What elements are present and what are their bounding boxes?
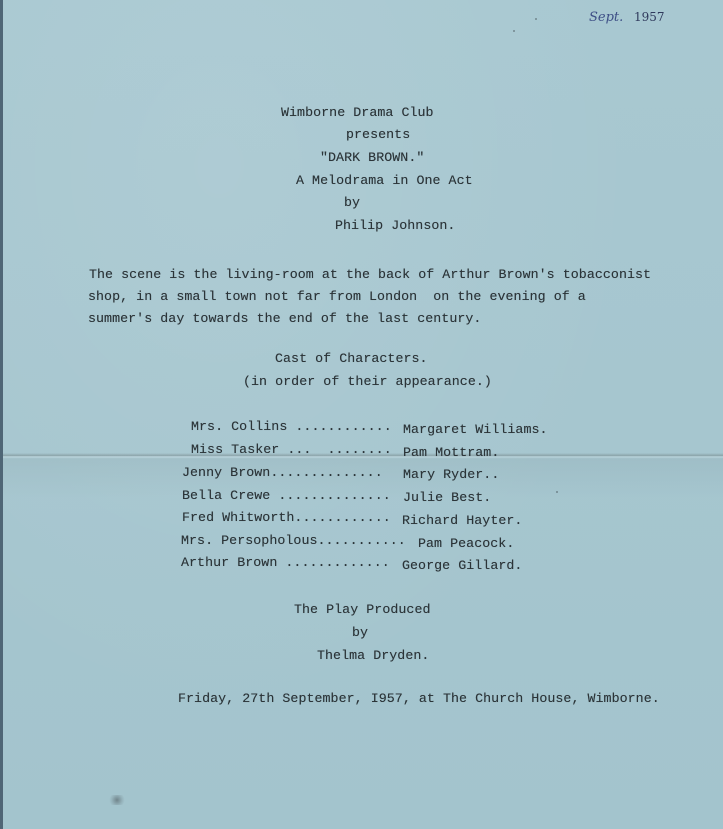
cast-actor: Julie Best. [403, 491, 491, 504]
cast-subheading: (in order of their appearance.) [243, 375, 492, 388]
handwritten-month: Sept. [589, 10, 623, 25]
by-text: by [344, 196, 360, 209]
club-name: Wimborne Drama Club [281, 106, 434, 119]
cast-character: Mrs. Collins ............ [191, 420, 392, 433]
play-subtitle: A Melodrama in One Act [296, 174, 473, 187]
scene-line-2: shop, in a small town not far from Londo… [88, 290, 586, 303]
cast-character: Jenny Brown.............. [182, 466, 383, 479]
produced-by-text: by [352, 626, 368, 639]
cast-actor: Richard Hayter. [402, 514, 522, 527]
cast-actor: Pam Peacock. [418, 537, 514, 550]
author-name: Philip Johnson. [335, 219, 455, 232]
play-title: "DARK BROWN." [320, 151, 424, 164]
cast-character: Mrs. Persopholous........... [181, 534, 406, 547]
cast-actor: Pam Mottram. [403, 446, 499, 459]
cast-character: Miss Tasker ... ........ [191, 443, 392, 456]
produced-heading: The Play Produced [294, 603, 431, 616]
cast-actor: George Gillard. [402, 559, 522, 572]
cast-actor: Margaret Williams. [403, 423, 548, 436]
scene-line-1: The scene is the living-room at the back… [89, 268, 651, 281]
paper-fleck [513, 30, 515, 32]
cast-character: Arthur Brown ............. [181, 556, 390, 569]
presents-text: presents [346, 128, 410, 141]
handwritten-year: 1957 [634, 10, 665, 24]
cast-actor: Mary Ryder.. [403, 468, 499, 481]
performance-details: Friday, 27th September, I957, at The Chu… [178, 692, 660, 705]
cast-heading: Cast of Characters. [275, 352, 428, 365]
paper-fleck [556, 491, 558, 493]
paper-fleck [535, 18, 537, 20]
producer-name: Thelma Dryden. [317, 649, 429, 662]
cast-character: Bella Crewe .............. [182, 489, 391, 502]
scene-line-3: summer's day towards the end of the last… [88, 312, 481, 325]
cast-character: Fred Whitworth............ [182, 511, 391, 524]
ink-smudge [108, 795, 126, 805]
